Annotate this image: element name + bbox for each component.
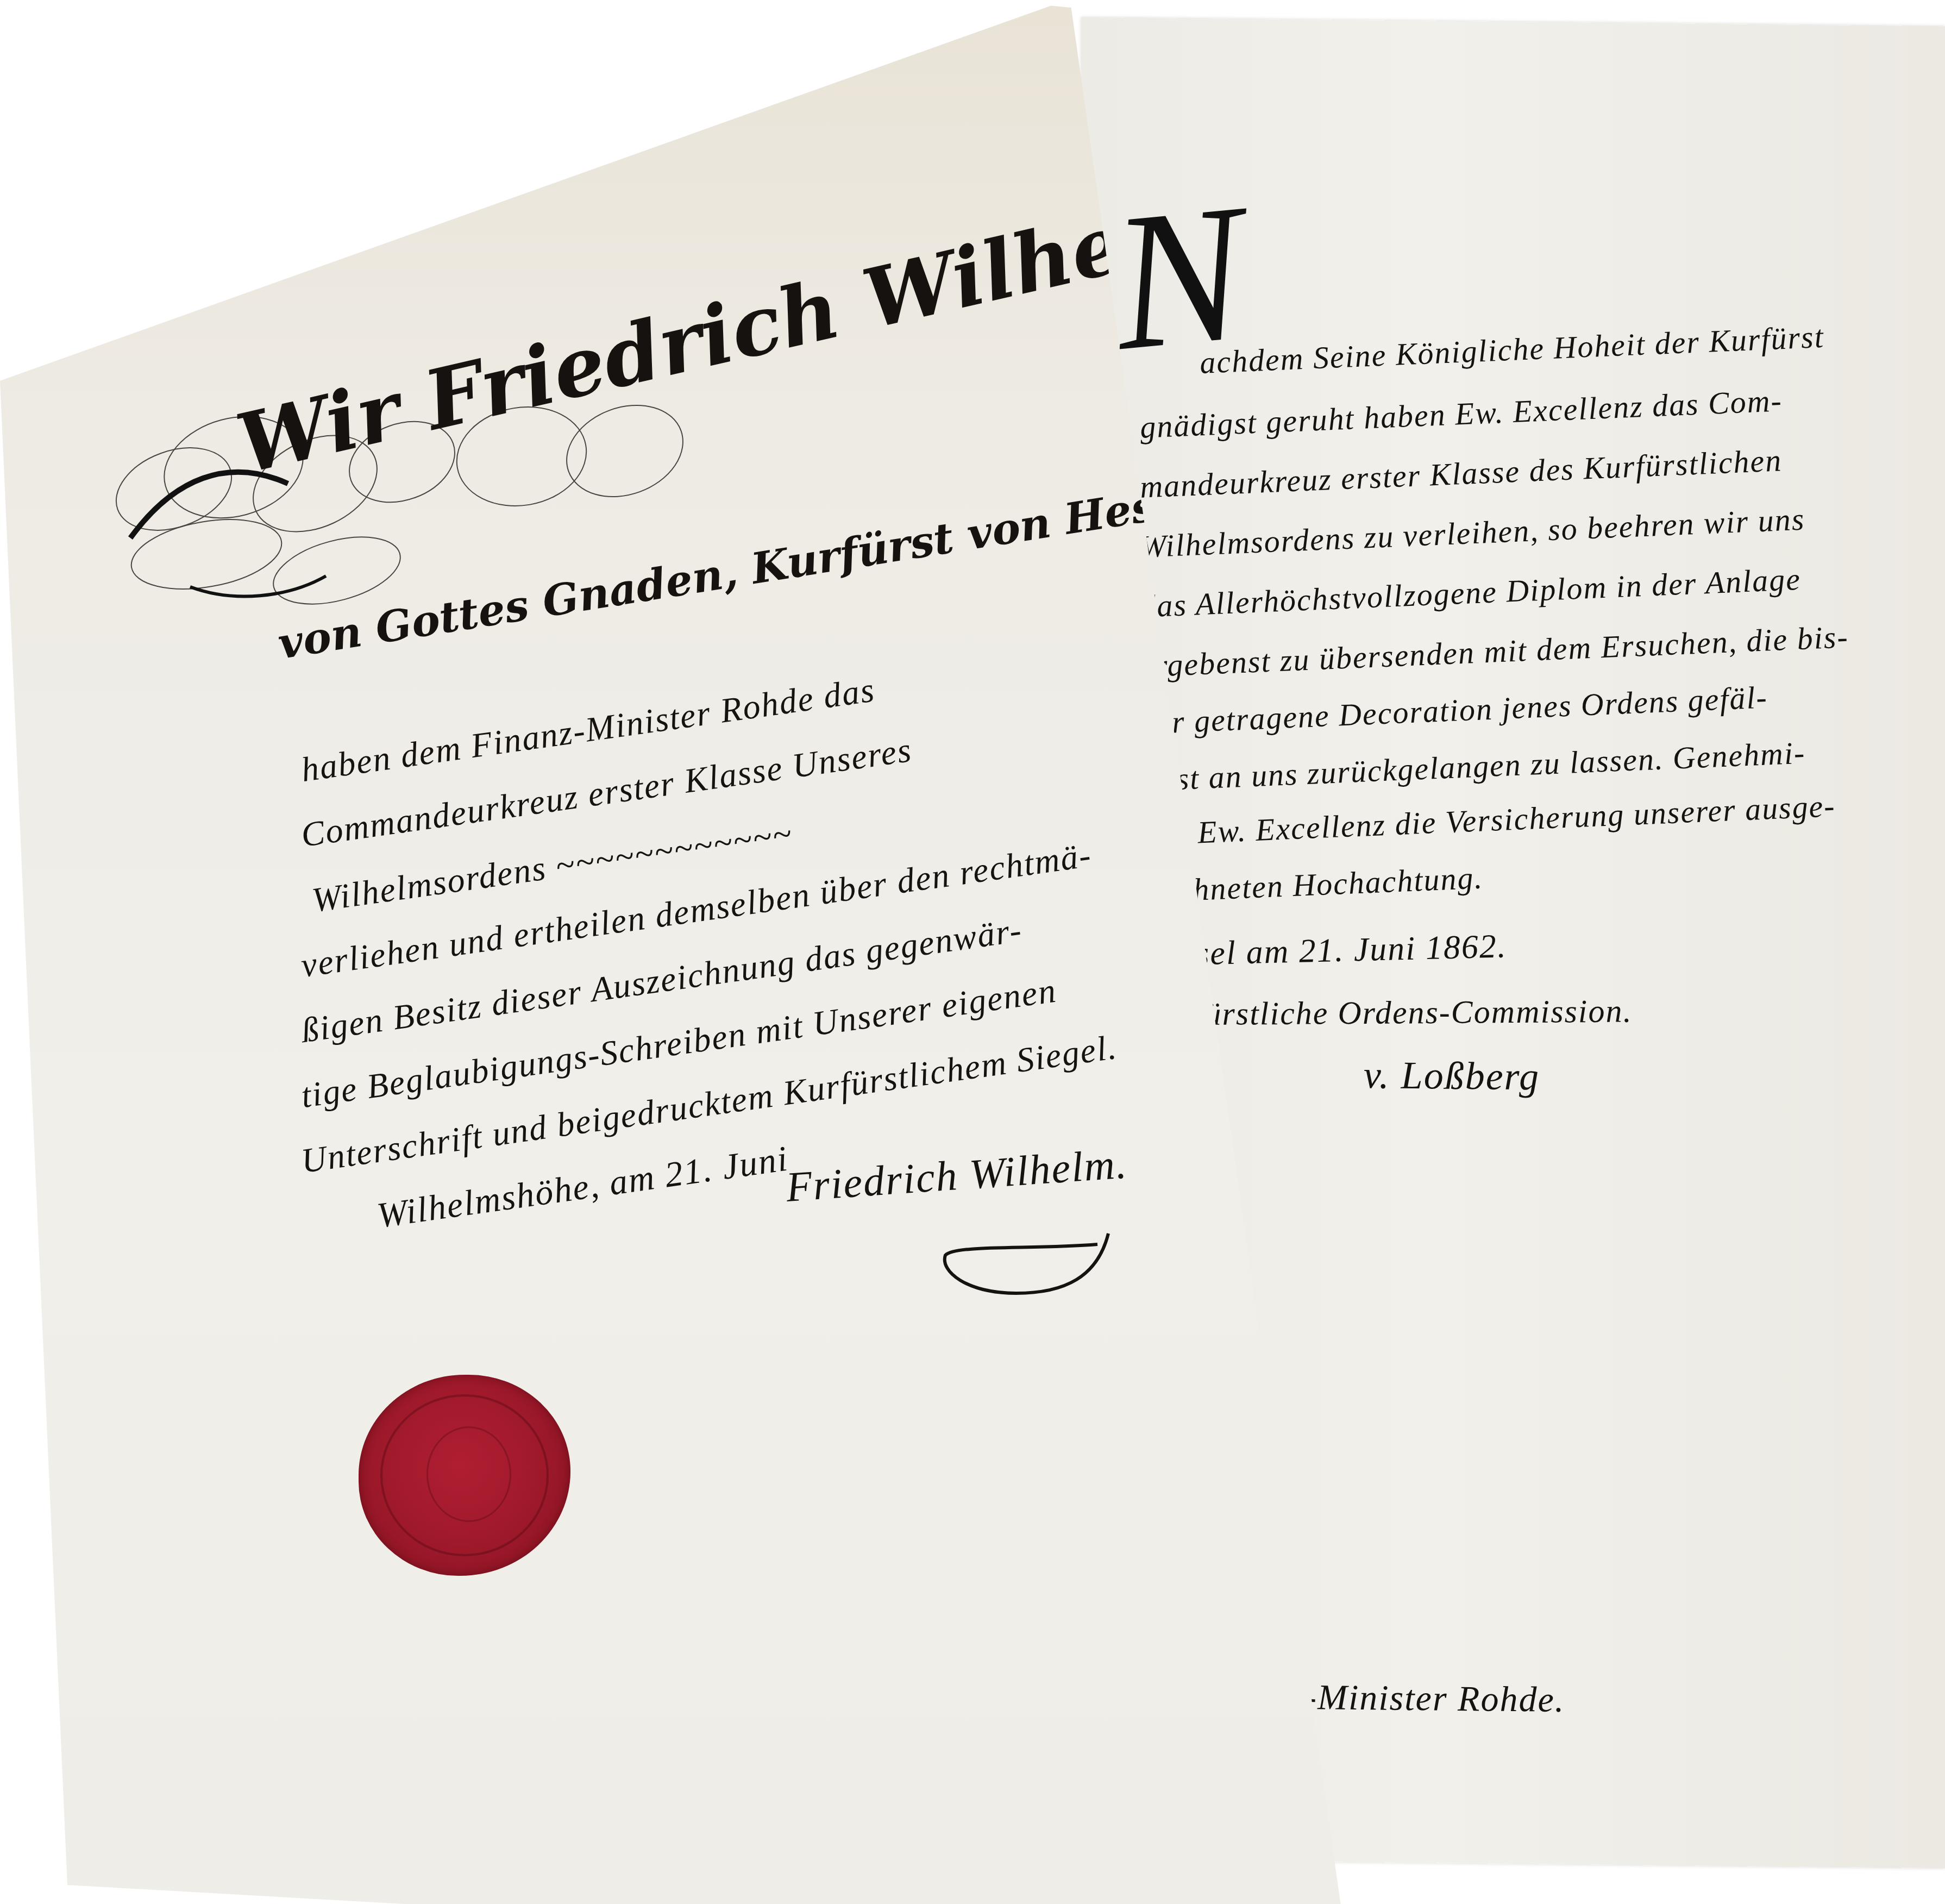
back-body-line: achdem Seine Königliche Hoheit der Kurfü…: [1199, 318, 1825, 381]
wax-seal: [359, 1375, 570, 1576]
back-signature: v. Loßberg: [1364, 1053, 1540, 1099]
back-body-line: das Allerhöchstvollzogene Diplom in der …: [1139, 561, 1802, 625]
back-body-line: gen Ew. Excellenz die Versicherung unser…: [1139, 787, 1836, 853]
signature-flourish: [924, 1212, 1152, 1310]
back-body-line: Wilhelmsordens zu verleihen, so beehren …: [1139, 501, 1805, 565]
front-signature: Friedrich Wilhelm.: [785, 1139, 1129, 1212]
back-body-line: mandeurkreuz erster Klasse des Kurfürstl…: [1139, 442, 1783, 505]
back-body-line: her getragene Decoration jenes Ordens ge…: [1139, 679, 1768, 741]
back-body-line: ligst an uns zurückgelangen zu lassen. G…: [1139, 735, 1806, 799]
back-body-line: ergebenst zu übersenden mit dem Ersuchen…: [1139, 618, 1849, 685]
back-body-line: gnädigst geruht haben Ew. Excellenz das …: [1139, 382, 1783, 446]
